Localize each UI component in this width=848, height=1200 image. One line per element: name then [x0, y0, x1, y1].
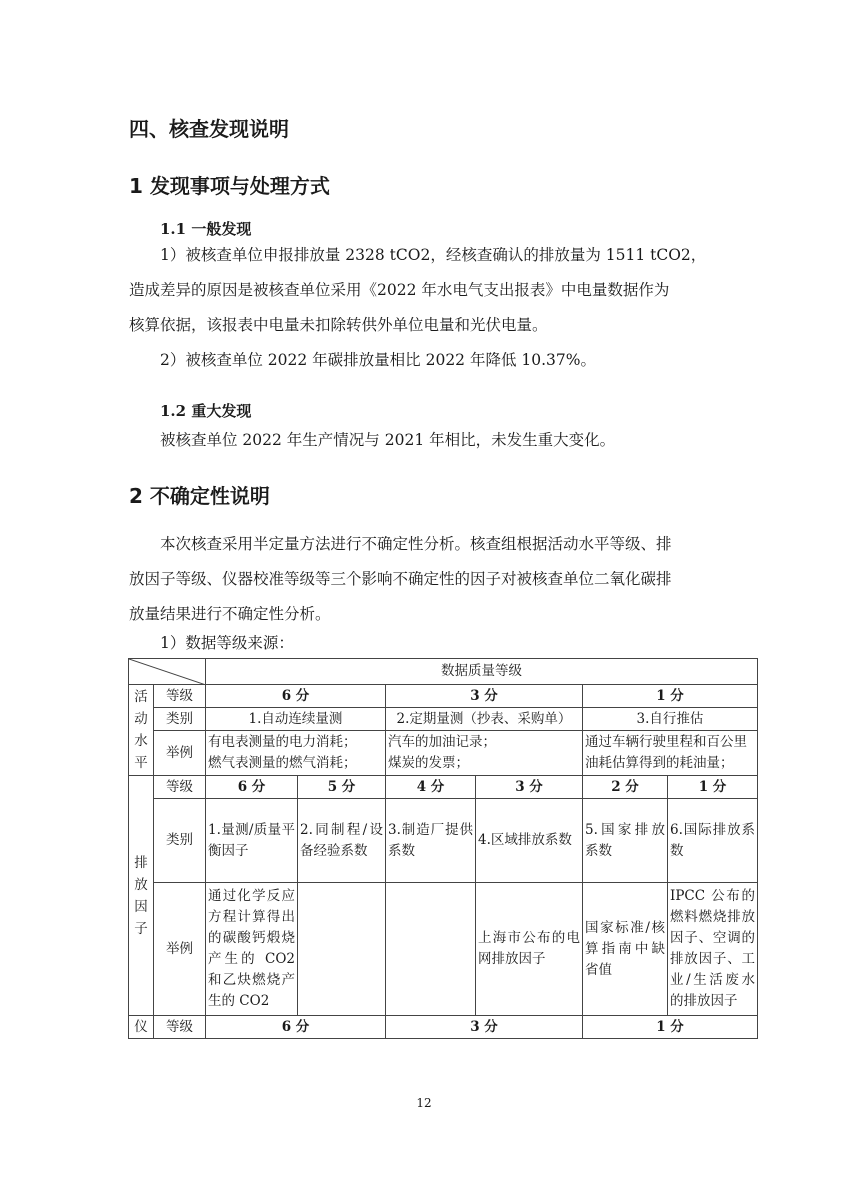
emission-category: 2.同制程/设备经验系数: [298, 799, 386, 883]
emission-category: 3.制造厂提供系数: [386, 799, 476, 883]
emission-example: [298, 883, 386, 1016]
emission-grade: 3 分: [476, 776, 583, 799]
emission-grade: 5 分: [298, 776, 386, 799]
activity-example: 汽车的加油记录；煤炭的发票；: [386, 731, 583, 776]
emission-factor-label: 排放因子: [129, 776, 154, 1016]
activity-grade: 3 分: [386, 685, 583, 708]
list-item-data-source: 1）数据等级来源：: [160, 632, 294, 655]
emission-grade: 2 分: [583, 776, 668, 799]
emission-example: 通过化学反应方程计算得出的碳酸钙煅烧产生的 CO2 和乙炔燃烧产生的 CO2: [206, 883, 298, 1016]
emission-example: 国家标准/核算指南中缺省值: [583, 883, 668, 1016]
emission-grade: 1 分: [668, 776, 758, 799]
diagonal-line-icon: [129, 659, 206, 685]
emission-category: 6.国际排放系数: [668, 799, 758, 883]
row-label-grade: 等级: [154, 685, 206, 708]
instrument-label: 仪: [129, 1016, 154, 1039]
instrument-grade: 1 分: [583, 1016, 758, 1039]
activity-category: 3.自行推估: [583, 708, 758, 731]
instrument-grade: 6 分: [206, 1016, 386, 1039]
emission-grade: 6 分: [206, 776, 298, 799]
emission-example: 上海市公布的电网排放因子: [476, 883, 583, 1016]
activity-category: 1.自动连续量测: [206, 708, 386, 731]
row-label-grade: 等级: [154, 776, 206, 799]
activity-grade: 1 分: [583, 685, 758, 708]
row-label-example: 举例: [154, 883, 206, 1016]
uncertainty-paragraph-line: 本次核查采用半定量方法进行不确定性分析。核查组根据活动水平等级、排: [160, 533, 672, 556]
activity-example: 通过车辆行驶里程和百公里油耗估算得到的耗油量；: [583, 731, 758, 776]
general-findings-title: 1.1 一般发现: [160, 218, 251, 239]
uncertainty-paragraph-line: 放量结果进行不确定性分析。: [129, 603, 331, 626]
general-finding-line: 1）被核查单位申报排放量 2328 tCO2，经核查确认的排放量为 1511 t…: [160, 244, 706, 267]
major-finding-text: 被核查单位 2022 年生产情况与 2021 年相比，未发生重大变化。: [160, 429, 615, 452]
emission-category: 1.量测/质量平衡因子: [206, 799, 298, 883]
emission-example: IPCC 公布的燃料燃烧排放因子、空调的排放因子、工业/生活废水的排放因子: [668, 883, 758, 1016]
major-findings-title: 1.2 重大发现: [160, 400, 251, 421]
subsection-title-uncertainty: 2 不确定性说明: [129, 480, 270, 509]
emission-example: [386, 883, 476, 1016]
emission-category: 5.国家排放系数: [583, 799, 668, 883]
page-number: 12: [0, 1096, 848, 1110]
emission-grade: 4 分: [386, 776, 476, 799]
general-finding-line: 2）被核查单位 2022 年碳排放量相比 2022 年降低 10.37%。: [160, 349, 596, 372]
row-label-category: 类别: [154, 799, 206, 883]
activity-category: 2.定期量测（抄表、采购单）: [386, 708, 583, 731]
general-finding-line: 造成差异的原因是被核查单位采用《2022 年水电气支出报表》中电量数据作为: [129, 279, 669, 302]
instrument-grade: 3 分: [386, 1016, 583, 1039]
diagonal-header-cell: [129, 659, 206, 685]
activity-example: 有电表测量的电力消耗；燃气表测量的燃气消耗；: [206, 731, 386, 776]
activity-level-label: 活动水平: [129, 685, 154, 776]
subsection-title-findings: 1 发现事项与处理方式: [129, 170, 330, 199]
activity-grade: 6 分: [206, 685, 386, 708]
section-title: 四、核查发现说明: [129, 113, 289, 142]
row-label-category: 类别: [154, 708, 206, 731]
row-label-example: 举例: [154, 731, 206, 776]
data-quality-table: 数据质量等级 活动水平 等级 6 分 3 分 1 分 类别 1.自动连续量测 2…: [128, 658, 758, 1039]
row-label-grade: 等级: [154, 1016, 206, 1039]
data-quality-header: 数据质量等级: [206, 659, 758, 685]
general-finding-line: 核算依据，该报表中电量未扣除转供外单位电量和光伏电量。: [129, 314, 548, 337]
uncertainty-paragraph-line: 放因子等级、仪器校准等级等三个影响不确定性的因子对被核查单位二氧化碳排: [129, 568, 672, 591]
emission-category: 4.区域排放系数: [476, 799, 583, 883]
